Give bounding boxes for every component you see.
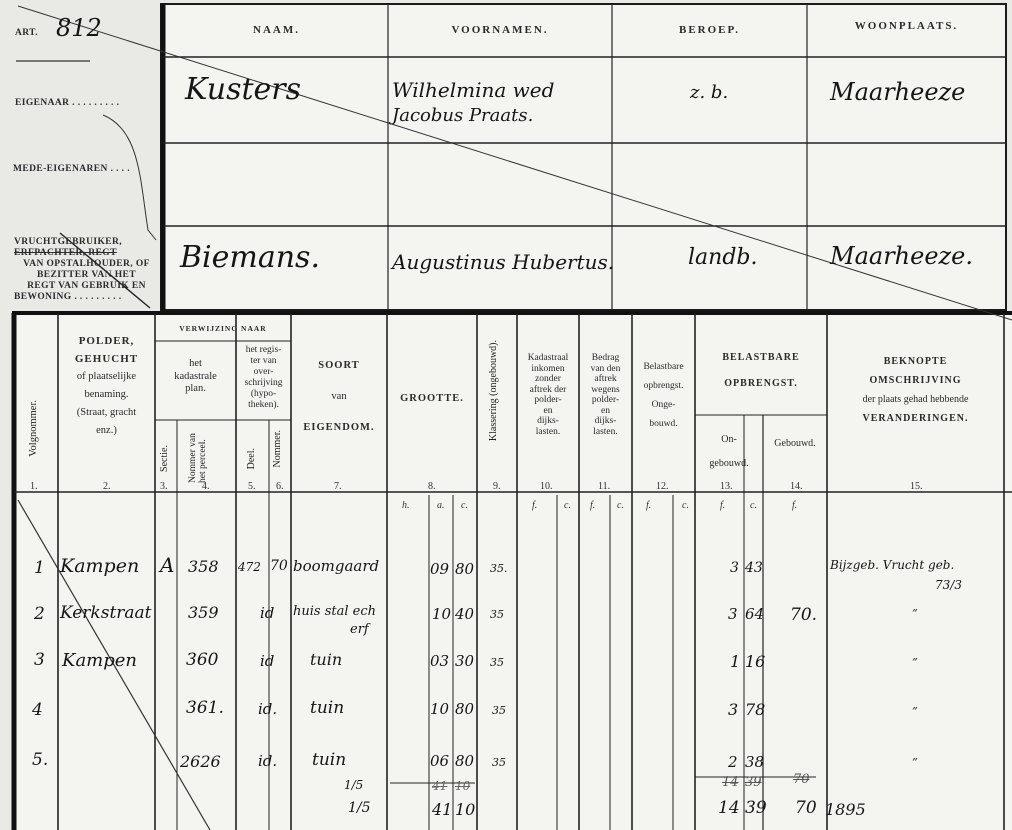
hdr-line: GEHUCHT (58, 350, 155, 368)
row-polder: Kerkstraat (60, 603, 152, 623)
row-perceel: 2626 (180, 752, 221, 771)
hdr-gebouwd: Gebouwd. (763, 438, 827, 449)
hdr-veranderingen: BEKNOPTE OMSCHRIJVING der plaats gehad h… (827, 352, 1004, 428)
hdr-verwijzing: VERWIJZING NAAR (155, 324, 291, 333)
row-deel: id. (258, 700, 277, 718)
col-num: 11. (598, 481, 610, 492)
usufructuary-voornamen: Augustinus Hubertus. (392, 250, 614, 274)
owner-voornamen-2: Jacobus Praats. (392, 105, 533, 126)
hdr-line: over- (236, 367, 291, 378)
row-ong-c: 38 (745, 753, 764, 771)
col-num: 4. (202, 481, 210, 492)
row-are: 06 (430, 752, 449, 770)
hdr-kadastraal-inkomen: Kadastraal inkomen zonder aftrek der pol… (517, 353, 579, 437)
hdr-line: BEKNOPTE (827, 352, 1004, 371)
hdr-line: benaming. (58, 386, 155, 404)
row-are: 09 (430, 560, 449, 578)
row-soort-2: erf (350, 622, 369, 637)
struck-total-ong-c: 39 (745, 775, 762, 790)
fraction-2: 1/5 (348, 800, 371, 816)
row-perceel: 358 (188, 557, 219, 576)
col-naam: NAAM. (165, 24, 388, 36)
row-ong-f: 3 (730, 560, 739, 576)
hdr-line: inkomen (517, 364, 579, 375)
row-veranderingen: ” (912, 607, 918, 620)
hdr-register: het regis- ter van over- schrijving (hyp… (236, 345, 291, 411)
unit-a: a. (437, 500, 445, 511)
col-num: 14. (790, 481, 803, 492)
hdr-nommer: Nommer. (272, 430, 283, 468)
hdr-belastbare-opbrengst: BELASTBARE OPBRENGST. (695, 345, 827, 397)
art-label: ART. (15, 28, 38, 38)
hdr-line: zonder (517, 374, 579, 385)
row-ong-f: 3 (728, 700, 738, 719)
hdr-line: het regis- (236, 345, 291, 356)
hdr-sectie: Sectie. (159, 445, 170, 472)
hdr-line: enz.) (58, 422, 155, 440)
eigenaar-label: EIGENAAR . . . . . . . . . (15, 98, 119, 108)
hdr-line: EIGENDOM. (291, 422, 387, 433)
row-deel: id. (258, 752, 277, 770)
hdr-line: OPBRENGST. (695, 371, 827, 397)
label-line: VRUCHTGEBRUIKER, (14, 237, 159, 248)
row-klasse: 35 (492, 704, 506, 717)
unit-f: f. (532, 500, 537, 511)
row-centiare: 40 (455, 605, 474, 623)
hdr-line: opbrengst. (632, 377, 695, 396)
unit-f: f. (792, 500, 797, 511)
row-are: 03 (430, 652, 449, 670)
hdr-line: en (579, 406, 632, 417)
col-num: 3. (160, 481, 168, 492)
col-num: 6. (276, 481, 284, 492)
hdr-line: theken). (236, 400, 291, 411)
hdr-line: van den (579, 364, 632, 375)
col-voornamen: VOORNAMEN. (388, 24, 612, 36)
art-number: 812 (56, 14, 102, 42)
col-num: 9. (493, 481, 501, 492)
hdr-deel: Deel. (246, 448, 257, 469)
hdr-line: het (155, 358, 236, 371)
struck-total-centiare: 10 (455, 779, 470, 793)
row-deel: id (260, 652, 274, 670)
row-veranderingen: ” (912, 705, 918, 718)
hdr-line: polder- (579, 395, 632, 406)
hdr-line: Kadastraal (517, 353, 579, 364)
unit-c: c. (750, 500, 757, 511)
hdr-line: (hypo- (236, 389, 291, 400)
row-nr: 3 (34, 650, 45, 670)
unit-f: f. (590, 500, 595, 511)
col-num: 1. (30, 481, 38, 492)
row-soort: tuin (310, 698, 344, 718)
col-beroep: BEROEP. (612, 24, 807, 36)
usufructuary-beroep: landb. (688, 245, 757, 270)
col-num: 2. (103, 481, 111, 492)
row-perceel: 360 (186, 650, 218, 670)
hdr-line: POLDER, (58, 332, 155, 350)
unit-f: f. (720, 500, 725, 511)
unit-h: h. (402, 500, 410, 511)
row-are: 10 (432, 605, 451, 623)
row-klasse: 35 (490, 656, 504, 669)
row-klasse: 35 (490, 608, 504, 621)
usufructuary-woonplaats: Maarheeze. (830, 242, 973, 270)
hdr-line: schrijving (236, 378, 291, 389)
total-ong-f: 14 (718, 798, 740, 818)
hdr-soort: SOORT van EIGENDOM. (291, 360, 387, 433)
row-polder: Kampen (60, 555, 139, 577)
struck-total-are: 41 (432, 779, 447, 793)
hdr-line: polder- (517, 395, 579, 406)
row-nr: 4 (32, 700, 43, 720)
hdr-kadastrale-plan: het kadastrale plan. (155, 358, 236, 396)
row-nr: 2 (34, 604, 45, 624)
row-are: 10 (430, 700, 449, 718)
row-soort: tuin (310, 650, 342, 669)
row-soort: tuin (312, 750, 346, 770)
owner-voornamen-1: Wilhelmina wed (392, 78, 554, 102)
row-centiare: 80 (455, 700, 474, 718)
label-line: BEWONING . . . . . . . . . (14, 292, 159, 303)
hdr-line: wegens (579, 385, 632, 396)
fraction-1: 1/5 (344, 778, 363, 792)
row-geb-f: 70. (790, 605, 817, 625)
row-soort: huis stal ech (293, 604, 376, 619)
total-centiare: 10 (455, 800, 475, 819)
hdr-line: aftrek (579, 374, 632, 385)
row-ong-c: 78 (745, 700, 765, 719)
unit-c: c. (461, 500, 468, 511)
owner-naam: Kusters (185, 72, 301, 107)
struck-total-ong-f: 14 (722, 775, 739, 790)
row-ong-f: 1 (730, 652, 740, 671)
hdr-nommer-perceel: Nommer van het perceel. (188, 425, 228, 483)
hdr-line: SOORT (291, 360, 387, 371)
row-klasse: 35 (492, 756, 506, 769)
hdr-line: gebouwd. (695, 452, 763, 476)
hdr-line: plan. (155, 383, 236, 396)
row-nr: 1 (34, 558, 45, 578)
row-polder: Kampen (62, 650, 137, 671)
unit-f: f. (646, 500, 651, 511)
row-centiare: 30 (455, 652, 474, 670)
hdr-line: kadastrale (155, 371, 236, 384)
hdr-line: (Straat, gracht (58, 404, 155, 422)
row-veranderingen: ” (912, 756, 918, 769)
row-perceel: 361. (186, 698, 224, 718)
owner-woonplaats: Maarheeze (830, 78, 965, 106)
col-num: 10. (540, 481, 553, 492)
col-woonplaats: WOONPLAATS. (807, 20, 1006, 32)
col-num: 8. (428, 481, 436, 492)
hdr-line: dijks- (517, 416, 579, 427)
row-ong-f: 2 (728, 753, 738, 771)
row-ong-f: 3 (728, 605, 738, 623)
hdr-line: lasten. (517, 427, 579, 438)
hdr-line: On- (695, 428, 763, 452)
hdr-line: Belastbare (632, 358, 695, 377)
row-nommer: 70 (270, 558, 288, 574)
row-deel: 472 (238, 560, 261, 574)
row-centiare: 80 (455, 560, 474, 578)
hdr-line: ter van (236, 356, 291, 367)
col-num: 15. (910, 481, 923, 492)
row-deel: id (260, 604, 274, 622)
col-num: 5. (248, 481, 256, 492)
hdr-bedrag-aftrek: Bedrag van den aftrek wegens polder- en … (579, 353, 632, 437)
hdr-belastbare-ongebouwd: Belastbare opbrengst. Onge- bouwd. (632, 358, 695, 434)
hdr-line: BELASTBARE (695, 345, 827, 371)
row-veranderingen: Bijzgeb. Vrucht geb. (830, 558, 954, 572)
hdr-line: VERANDERINGEN. (827, 409, 1004, 428)
col-num: 12. (656, 481, 669, 492)
owner-beroep: z. b. (690, 82, 728, 103)
hdr-line: Bedrag (579, 353, 632, 364)
row-soort: boomgaard (293, 557, 379, 575)
hdr-line: Onge- (632, 396, 695, 415)
col-num: 7. (334, 481, 342, 492)
change-year: 1895 (825, 800, 866, 819)
label-line: VAN OPSTALHOUDER, OF (14, 259, 159, 270)
row-veranderingen: ” (912, 656, 918, 669)
label-line: BEZITTER VAN HET (14, 270, 159, 281)
row-ong-c: 64 (745, 605, 764, 623)
vruchtgebruiker-label: VRUCHTGEBRUIKER, ERFPACHTER, REGT VAN OP… (14, 237, 159, 303)
hdr-line: lasten. (579, 427, 632, 438)
hdr-volgnommer: Volgnommer. (28, 400, 39, 457)
hdr-line: OMSCHRIJVING (827, 371, 1004, 390)
row-sectie: A (160, 553, 174, 577)
mede-eigenaren-label: MEDE-EIGENAREN . . . . (13, 164, 130, 174)
unit-c: c. (617, 500, 624, 511)
row-veranderingen-fraction: 73/3 (935, 578, 962, 592)
usufructuary-naam: Biemans. (180, 240, 320, 275)
row-perceel: 359 (188, 603, 219, 622)
unit-c: c. (682, 500, 689, 511)
hdr-polder: POLDER, GEHUCHT of plaatselijke benaming… (58, 332, 155, 440)
row-klasse: 35. (490, 562, 508, 575)
struck-total-geb: 70 (793, 772, 810, 787)
hdr-line: der plaats gehad hebbende (827, 390, 1004, 409)
label-line: REGT VAN GEBRUIK EN (14, 281, 159, 292)
total-geb: 70 (795, 798, 817, 818)
hdr-line: of plaatselijke (58, 368, 155, 386)
hdr-line: aftrek der (517, 385, 579, 396)
row-ong-c: 16 (745, 652, 765, 671)
total-are: 41 (432, 800, 452, 819)
hdr-ongebouwd: On- gebouwd. (695, 428, 763, 476)
row-centiare: 80 (455, 752, 474, 770)
label-line: ERFPACHTER, REGT (14, 248, 159, 259)
unit-c: c. (564, 500, 571, 511)
hdr-line: van (291, 391, 387, 402)
hdr-line: bouwd. (632, 415, 695, 434)
row-ong-c: 43 (745, 560, 763, 576)
hdr-grootte: GROOTTE. (387, 393, 477, 404)
hdr-line: en (517, 406, 579, 417)
row-nr: 5. (32, 750, 48, 770)
hdr-klassering: Klassering (ongebouwd). (488, 340, 499, 441)
col-num: 13. (720, 481, 733, 492)
total-ong-c: 39 (745, 798, 767, 818)
hdr-line: dijks- (579, 416, 632, 427)
